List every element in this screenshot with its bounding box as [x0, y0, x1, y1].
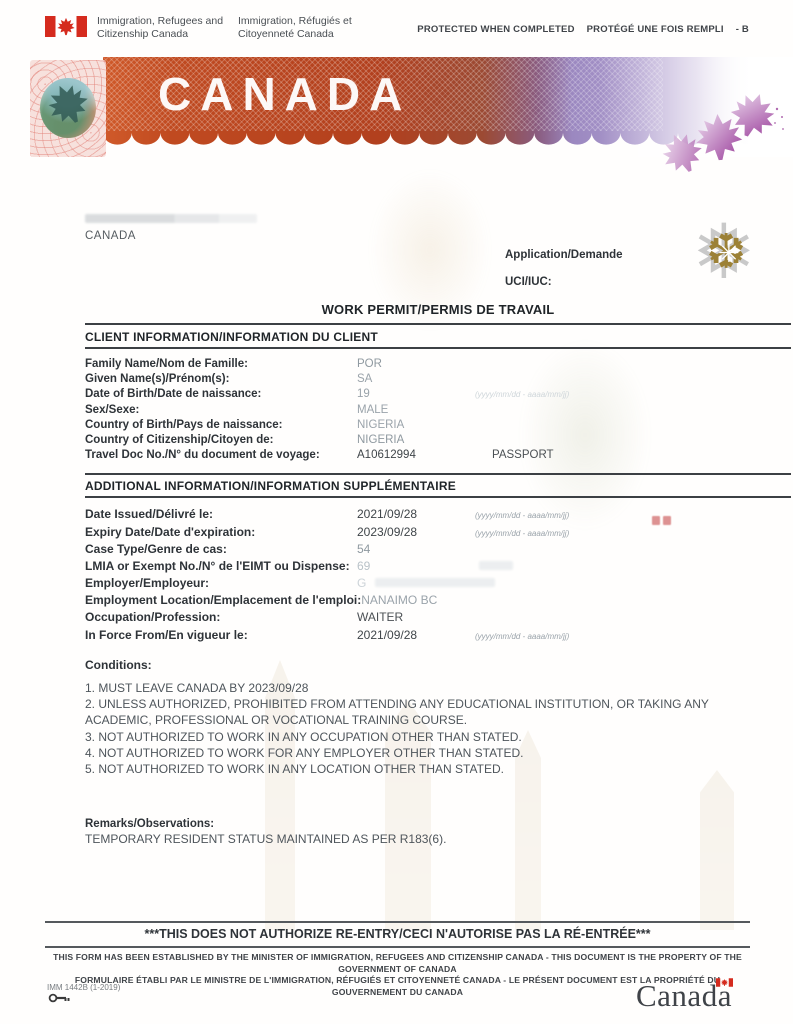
addressee-country: CANADA	[85, 230, 257, 242]
field-value: NIGERIA	[357, 434, 475, 446]
field-value: 2021/09/28	[357, 507, 475, 521]
remarks-text: TEMPORARY RESIDENT STATUS MAINTAINED AS …	[85, 832, 446, 846]
field-value: POR	[357, 358, 475, 370]
snowflake-emblem: ❅ ❆ ✳	[692, 213, 776, 297]
field-value: 2021/09/28	[357, 628, 475, 642]
field-employer: Employer/Employeur: G	[85, 576, 791, 593]
field-travel-doc: Travel Doc No./N° du document de voyage:…	[85, 449, 791, 464]
maple-leaves-decoration	[655, 91, 790, 173]
remarks-heading: Remarks/Observations:	[85, 818, 446, 830]
field-date-issued: Date Issued/Délivré le: 2021/09/28 (yyyy…	[85, 507, 791, 524]
field-value: NIGERIA	[357, 419, 475, 431]
field-value: SA	[357, 373, 475, 385]
security-banner: CANADA ❅ ❆ ✳	[0, 57, 793, 167]
department-name-french: Immigration, Réfugiés et Citoyenneté Can…	[238, 15, 352, 41]
conditions-heading: Conditions:	[85, 658, 753, 672]
protected-notice: PROTECTED WHEN COMPLETEDPROTÉGÉ UNE FOIS…	[405, 24, 749, 35]
date-format-note: (yyyy/mm/dd - aaaa/mm/jj)	[475, 632, 569, 641]
condition-item: 3. NOT AUTHORIZED TO WORK IN ANY OCCUPAT…	[85, 729, 753, 745]
redacted-value	[479, 561, 513, 570]
condition-item: 5. NOT AUTHORIZED TO WORK IN ANY LOCATIO…	[85, 761, 753, 777]
field-family-name: Family Name/Nom de Famille: POR	[85, 358, 791, 373]
redacted-address-line	[85, 214, 257, 223]
remarks-section: Remarks/Observations: TEMPORARY RESIDENT…	[85, 818, 446, 846]
seal-maple-leaf-icon	[44, 80, 92, 132]
field-in-force-from: In Force From/En vigueur le: 2021/09/28 …	[85, 628, 791, 645]
field-value: 54	[357, 542, 475, 556]
key-icon	[48, 992, 72, 1004]
additional-information-heading: ADDITIONAL INFORMATION/INFORMATION SUPPL…	[85, 473, 791, 498]
travel-doc-type: PASSPORT	[492, 449, 554, 461]
field-occupation: Occupation/Profession: WAITER	[85, 610, 791, 627]
field-value: 19	[357, 388, 475, 400]
additional-information-fields: Date Issued/Délivré le: 2021/09/28 (yyyy…	[85, 507, 791, 645]
wordmark-flag-icon	[716, 978, 733, 987]
snowflake-core-icon: ✳	[718, 239, 740, 267]
field-value: NANAIMO BC	[361, 593, 479, 607]
field-expiry-date: Expiry Date/Date d'expiration: 2023/09/2…	[85, 525, 791, 542]
canada-flag-icon	[45, 16, 87, 37]
field-value: WAITER	[357, 610, 475, 624]
condition-item: 2. UNLESS AUTHORIZED, PROHIBITED FROM AT…	[85, 696, 753, 729]
conditions-section: Conditions: 1. MUST LEAVE CANADA BY 2023…	[85, 658, 753, 778]
form-number: IMM 1442B (1-2019)	[47, 983, 120, 992]
field-case-type: Case Type/Genre de cas: 54	[85, 542, 791, 559]
client-information-fields: Family Name/Nom de Famille: POR Given Na…	[85, 358, 791, 464]
guilloche-seal	[30, 60, 106, 157]
document-title: WORK PERMIT/PERMIS DE TRAVAIL	[85, 302, 791, 325]
field-lmia-number: LMIA or Exempt No./N° de l'EIMT ou Dispe…	[85, 559, 791, 576]
field-value: 2023/09/28	[357, 525, 475, 539]
field-date-of-birth: Date of Birth/Date de naissance: 19 (yyy…	[85, 388, 791, 403]
field-country-of-birth: Country of Birth/Pays de naissance: NIGE…	[85, 419, 791, 434]
canada-wordmark: Canada	[636, 978, 732, 1014]
watermark-building	[690, 760, 760, 930]
application-number-label: Application/Demande	[505, 249, 623, 261]
field-sex: Sex/Sexe: MALE	[85, 404, 791, 419]
field-employment-location: Employment Location/Emplacement de l'emp…	[85, 593, 791, 610]
banner-canada-wordmark: CANADA	[158, 67, 411, 121]
no-reentry-notice: ***THIS DOES NOT AUTHORIZE RE-ENTRY/CECI…	[45, 921, 750, 948]
condition-item: 4. NOT AUTHORIZED TO WORK FOR ANY EMPLOY…	[85, 745, 753, 761]
condition-item: 1. MUST LEAVE CANADA BY 2023/09/28	[85, 680, 753, 696]
department-name-english: Immigration, Refugees and Citizenship Ca…	[97, 15, 223, 41]
date-format-note: (yyyy/mm/dd - aaaa/mm/jj)	[475, 390, 569, 399]
main-content: WORK PERMIT/PERMIS DE TRAVAIL CLIENT INF…	[85, 302, 791, 778]
redacted-value	[375, 578, 495, 587]
field-value: MALE	[357, 404, 475, 416]
field-value: 69	[357, 559, 475, 573]
field-country-of-citizenship: Country of Citizenship/Citoyen de: NIGER…	[85, 434, 791, 449]
uci-label: UCI/IUC:	[505, 276, 552, 288]
field-value: A10612994	[357, 449, 492, 461]
field-given-name: Given Name(s)/Prénom(s): SA	[85, 373, 791, 388]
work-permit-document: Immigration, Refugees and Citizenship Ca…	[0, 0, 793, 1024]
date-format-note: (yyyy/mm/dd - aaaa/mm/jj)	[475, 511, 569, 520]
client-information-heading: CLIENT INFORMATION/INFORMATION DU CLIENT	[85, 327, 791, 349]
addressee-block: CANADA	[85, 214, 257, 242]
date-format-note: (yyyy/mm/dd - aaaa/mm/jj)	[475, 529, 569, 538]
